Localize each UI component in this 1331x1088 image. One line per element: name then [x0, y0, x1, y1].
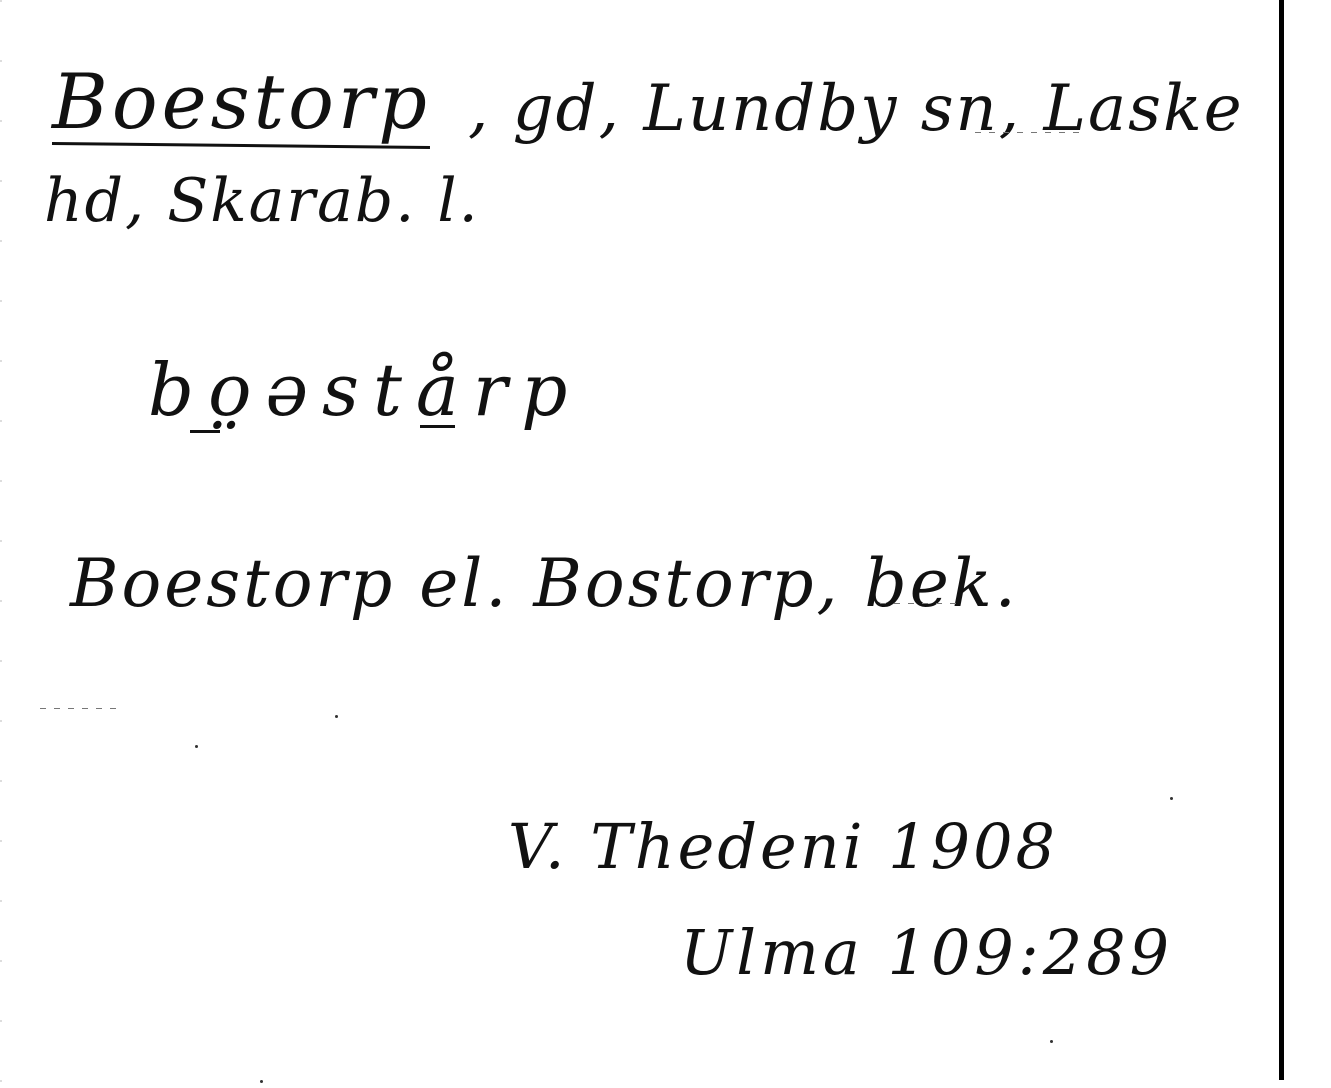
archive-index-card: Boestorp , gd, Lundby sn, Laske hd, Skar…	[0, 0, 1331, 1088]
speck	[335, 715, 338, 718]
faint-mark	[880, 603, 960, 604]
faint-mark	[40, 708, 120, 709]
spelling-variants: Boestorp el. Bostorp, bek.	[70, 548, 1019, 620]
speck	[195, 745, 198, 748]
phonetic-mark-2	[420, 425, 455, 428]
phonetic-mark-1	[190, 430, 220, 433]
author-and-year: V. Thedeni 1908	[508, 812, 1058, 882]
speck	[1050, 1040, 1053, 1043]
location-line-2: hd, Skarab. l.	[44, 168, 480, 234]
speck	[1170, 797, 1173, 800]
headword: Boestorp	[52, 62, 431, 142]
dotted-underline	[975, 132, 1085, 133]
source-reference: Ulma 109:289	[680, 918, 1173, 988]
speck	[260, 1080, 263, 1083]
location-line-1: , gd, Lundby sn, Laske	[468, 74, 1244, 144]
card-right-edge-rule	[1279, 0, 1284, 1080]
card-left-edge	[0, 0, 2, 1088]
phonetic-transcription: bo̤əstårp	[148, 350, 581, 430]
